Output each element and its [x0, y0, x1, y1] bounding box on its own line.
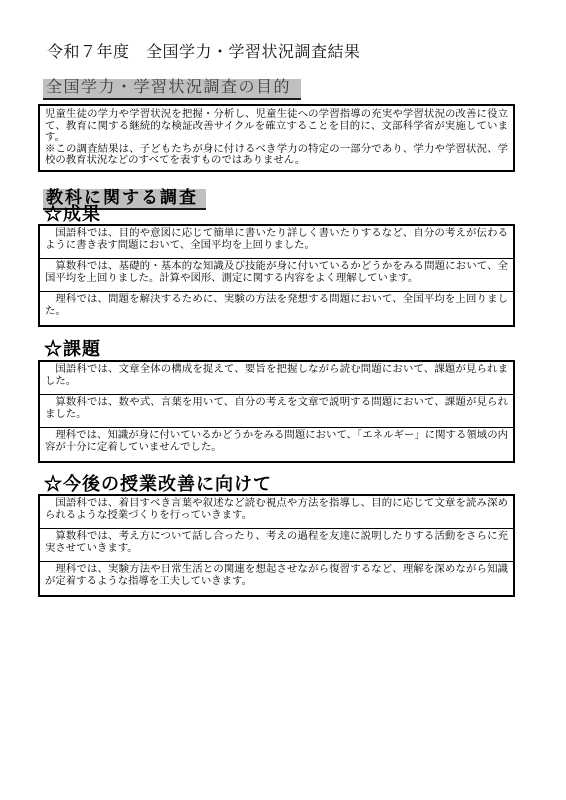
result-row-science: 理科では、問題を解決するために、実験の方法を発想する問題において、全国平均を上回…: [40, 292, 513, 325]
issue-row-japanese: 国語科では、文章全体の構成を捉えて、要旨を把握しながら読む問題において、課題が見…: [40, 362, 513, 395]
result-text-science: 理科では、問題を解決するために、実験の方法を発想する問題において、全国平均を上回…: [45, 294, 508, 317]
result-text-math: 算数科では、基礎的・基本的な知識及び技能が身に付いているかどうかをみる問題におい…: [45, 261, 508, 284]
purpose-heading-text: 全国学力・学習状況調査の目的: [43, 79, 301, 100]
results-heading: ☆成果: [44, 205, 101, 224]
improvement-text-japanese: 国語科では、着目すべき言葉や叙述など読む視点や方法を指導し、目的に応じて文章を読…: [45, 498, 508, 521]
issue-row-science: 理科では、知識が身に付いているかどうかをみる問題において、「エネルギー」に関する…: [40, 428, 513, 461]
result-row-japanese: 国語科では、目的や意図に応じて簡単に書いたり詳しく書いたりするなど、自分の考えが…: [40, 226, 513, 259]
improvement-box: 国語科では、着目すべき言葉や叙述など読む視点や方法を指導し、目的に応じて文章を読…: [38, 494, 515, 597]
result-row-math: 算数科では、基礎的・基本的な知識及び技能が身に付いているかどうかをみる問題におい…: [40, 259, 513, 292]
improvement-text-math: 算数科では、考え方について話し合ったり、考えの過程を友達に説明したりする活動をさ…: [45, 531, 508, 554]
report-title: 令和７年度 全国学力・学習状況調査結果: [47, 43, 361, 63]
issue-text-japanese: 国語科では、文章全体の構成を捉えて、要旨を把握しながら読む問題において、課題が見…: [45, 364, 508, 387]
issue-text-math: 算数科では、数や式、言葉を用いて、自分の考えを文章で説明する問題において、課題が…: [45, 397, 508, 420]
issues-box: 国語科では、文章全体の構成を捉えて、要旨を把握しながら読む問題において、課題が見…: [38, 360, 515, 463]
improvement-row-math: 算数科では、考え方について話し合ったり、考えの過程を友達に説明したりする活動をさ…: [40, 529, 513, 562]
issue-text-science: 理科では、知識が身に付いているかどうかをみる問題において、「エネルギー」に関する…: [45, 430, 508, 453]
improvement-row-science: 理科では、実験方法や日常生活との関連を想起させながら復習するなど、理解を深めなが…: [40, 562, 513, 595]
document-page: 令和７年度 全国学力・学習状況調査結果 全国学力・学習状況調査の目的 児童生徒の…: [0, 0, 566, 800]
purpose-section-heading: 全国学力・学習状況調査の目的: [43, 79, 301, 100]
issue-row-math: 算数科では、数や式、言葉を用いて、自分の考えを文章で説明する問題において、課題が…: [40, 395, 513, 428]
improvement-text-science: 理科では、実験方法や日常生活との関連を想起させながら復習するなど、理解を深めなが…: [45, 564, 508, 587]
results-box: 国語科では、目的や意図に応じて簡単に書いたり詳しく書いたりするなど、自分の考えが…: [38, 224, 515, 327]
purpose-box: 児童生徒の学力や学習状況を把握・分析し、児童生徒への学習指導の充実や学習状況の改…: [38, 104, 515, 172]
improvement-row-japanese: 国語科では、着目すべき言葉や叙述など読む視点や方法を指導し、目的に応じて文章を読…: [40, 496, 513, 529]
issues-heading: ☆課題: [44, 340, 101, 359]
result-text-japanese: 国語科では、目的や意図に応じて簡単に書いたり詳しく書いたりするなど、自分の考えが…: [45, 228, 508, 251]
improvement-heading: ☆今後の授業改善に向けて: [44, 475, 272, 494]
purpose-note: ※この調査結果は、子どもたちが身に付けるべき学力の特定の一部分であり、学力や学習…: [45, 144, 508, 167]
purpose-paragraph: 児童生徒の学力や学習状況を把握・分析し、児童生徒への学習指導の充実や学習状況の改…: [45, 109, 508, 144]
